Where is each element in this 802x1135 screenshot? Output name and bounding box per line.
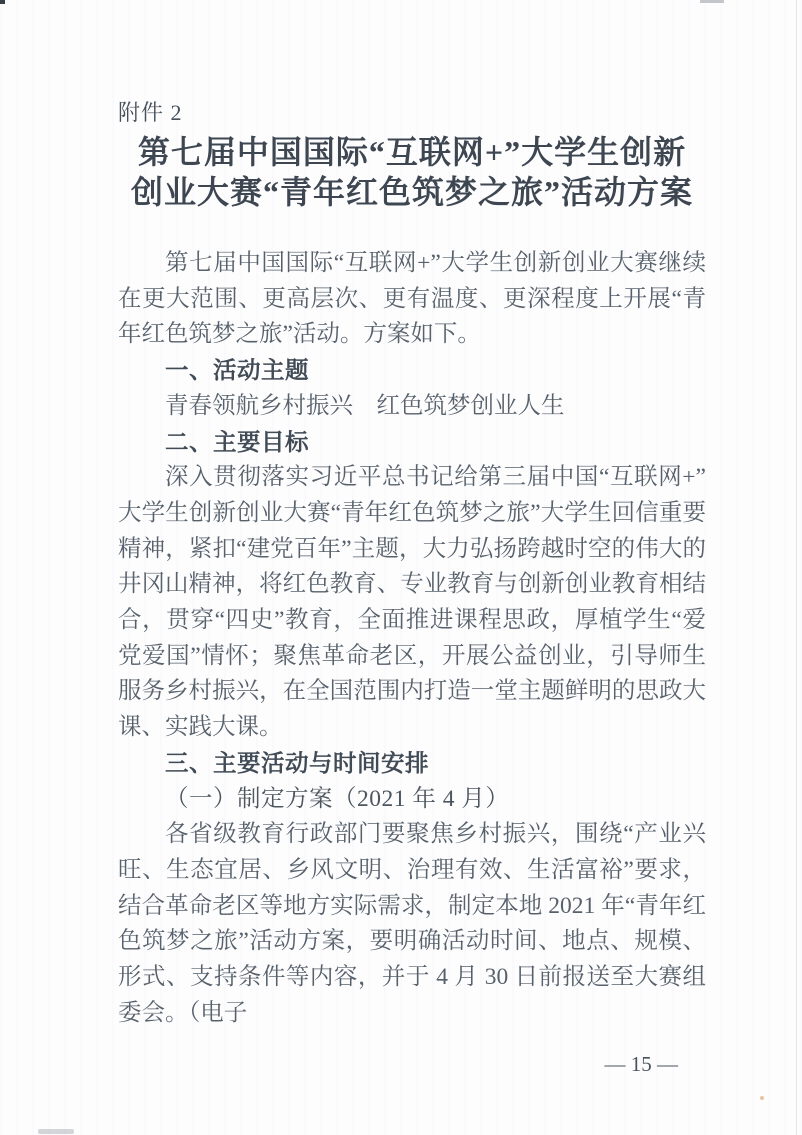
theme-slogan: 青春领航乡村振兴 红色筑梦创业人生 bbox=[118, 389, 706, 425]
document-content: 附件 2 第七届中国国际“互联网+”大学生创新 创业大赛“青年红色筑梦之旅”活动… bbox=[0, 0, 802, 1077]
page-number: — 15 — bbox=[118, 1051, 706, 1077]
section-heading-activity-theme: 一、活动主题 bbox=[118, 353, 706, 389]
paragraph-intro: 第七届中国国际“互联网+”大学生创新创业大赛继续在更大范围、更高层次、更有温度、… bbox=[118, 246, 706, 353]
document-title-line1: 第七届中国国际“互联网+”大学生创新 bbox=[118, 132, 706, 172]
section-heading-main-goals: 二、主要目标 bbox=[118, 425, 706, 461]
attachment-label: 附件 2 bbox=[118, 100, 706, 126]
scan-smudge-bottom-left bbox=[38, 1129, 74, 1134]
document-body: 第七届中国国际“互联网+”大学生创新创业大赛继续在更大范围、更高层次、更有温度、… bbox=[118, 246, 706, 1031]
document-title-line2: 创业大赛“青年红色筑梦之旅”活动方案 bbox=[118, 172, 706, 212]
paragraph-plan-making: 各省级教育行政部门要聚焦乡村振兴，围绕“产业兴旺、生态宜居、乡风文明、治理有效、… bbox=[118, 817, 706, 1031]
subsection-heading-plan-making: （一）制定方案（2021 年 4 月） bbox=[118, 782, 706, 818]
paragraph-main-goals: 深入贯彻落实习近平总书记给第三届中国“互联网+”大学生创新创业大赛“青年红色筑梦… bbox=[118, 460, 706, 746]
document-title: 第七届中国国际“互联网+”大学生创新 创业大赛“青年红色筑梦之旅”活动方案 bbox=[118, 132, 706, 212]
scanned-document-page: 附件 2 第七届中国国际“互联网+”大学生创新 创业大赛“青年红色筑梦之旅”活动… bbox=[0, 0, 802, 1135]
section-heading-activities-schedule: 三、主要活动与时间安排 bbox=[118, 746, 706, 782]
scan-dot-artifact bbox=[760, 1096, 764, 1100]
